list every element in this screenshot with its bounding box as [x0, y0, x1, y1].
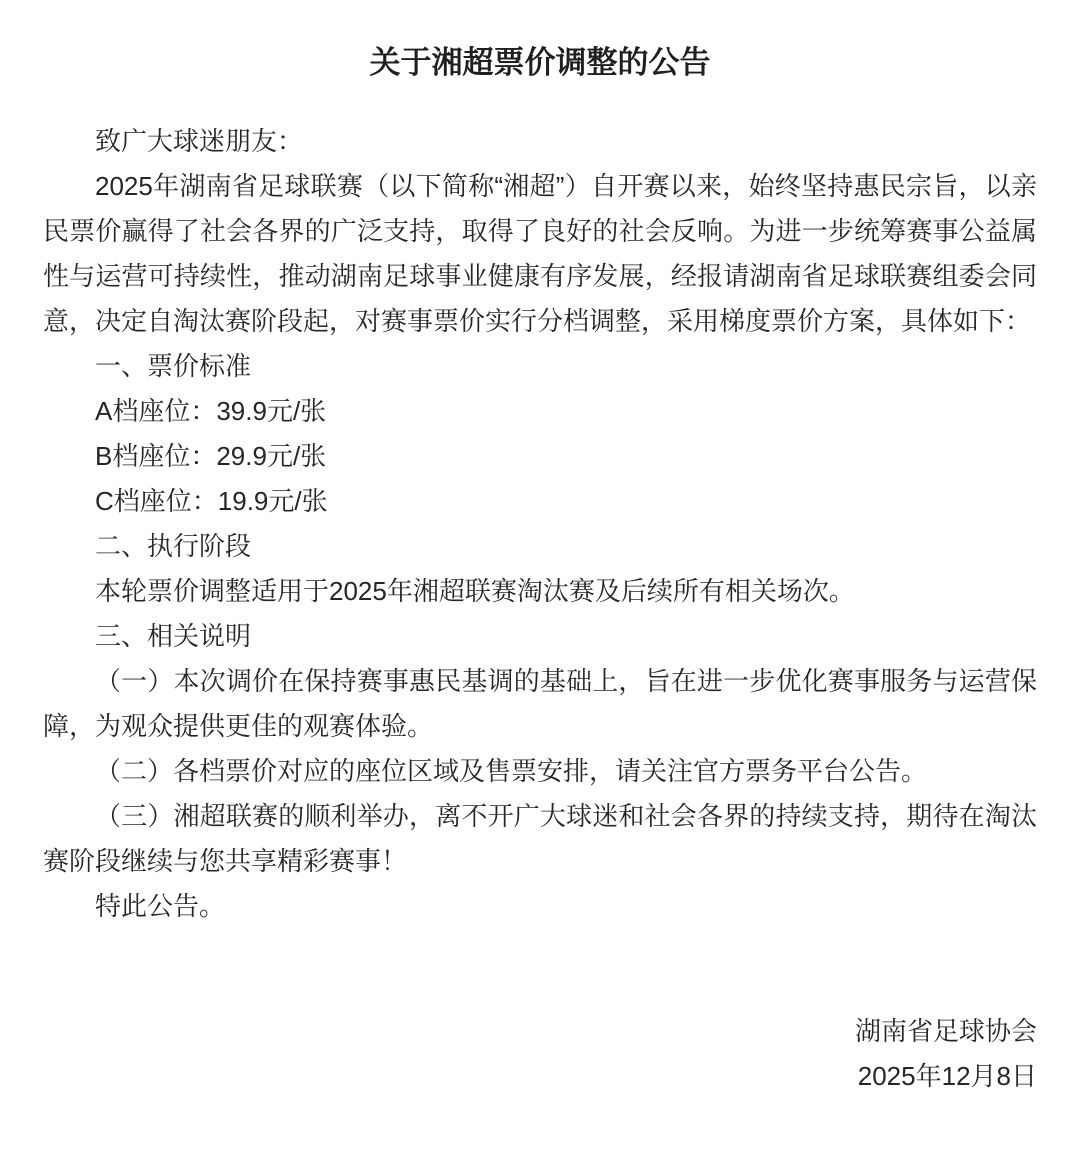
announcement-page: 关于湘超票价调整的公告 致广大球迷朋友： 2025年湖南省足球联赛（以下简称“湘… — [0, 0, 1080, 1166]
price-tier-b-line: B档座位：29.9元/张 — [43, 434, 1037, 479]
signature-date: 2025年12月8日 — [43, 1054, 1037, 1099]
note-3-paragraph: （三）湘超联赛的顺利举办，离不开广大球迷和社会各界的持续支持，期待在淘汰赛阶段继… — [43, 794, 1037, 884]
intro-paragraph: 2025年湖南省足球联赛（以下简称“湘超”）自开赛以来，始终坚持惠民宗旨，以亲民… — [43, 164, 1037, 344]
signature-organization: 湖南省足球协会 — [43, 1009, 1037, 1054]
section-3-heading: 三、相关说明 — [43, 614, 1037, 659]
price-tier-c-line: C档座位：19.9元/张 — [43, 479, 1037, 524]
note-2-paragraph: （二）各档票价对应的座位区域及售票安排，请关注官方票务平台公告。 — [43, 749, 1037, 794]
price-tier-a-line: A档座位：39.9元/张 — [43, 389, 1037, 434]
salutation-line: 致广大球迷朋友： — [43, 119, 1037, 164]
page-title: 关于湘超票价调整的公告 — [43, 40, 1037, 86]
document-body: 致广大球迷朋友： 2025年湖南省足球联赛（以下简称“湘超”）自开赛以来，始终坚… — [43, 119, 1037, 929]
closing-line: 特此公告。 — [43, 884, 1037, 929]
section-2-heading: 二、执行阶段 — [43, 524, 1037, 569]
section-1-heading: 一、票价标准 — [43, 344, 1037, 389]
section-2-body: 本轮票价调整适用于2025年湘超联赛淘汰赛及后续所有相关场次。 — [43, 569, 1037, 614]
signature-block: 湖南省足球协会 2025年12月8日 — [43, 1009, 1037, 1099]
announcement-document: 关于湘超票价调整的公告 致广大球迷朋友： 2025年湖南省足球联赛（以下简称“湘… — [0, 40, 1080, 1099]
note-1-paragraph: （一）本次调价在保持赛事惠民基调的基础上，旨在进一步优化赛事服务与运营保障，为观… — [43, 659, 1037, 749]
